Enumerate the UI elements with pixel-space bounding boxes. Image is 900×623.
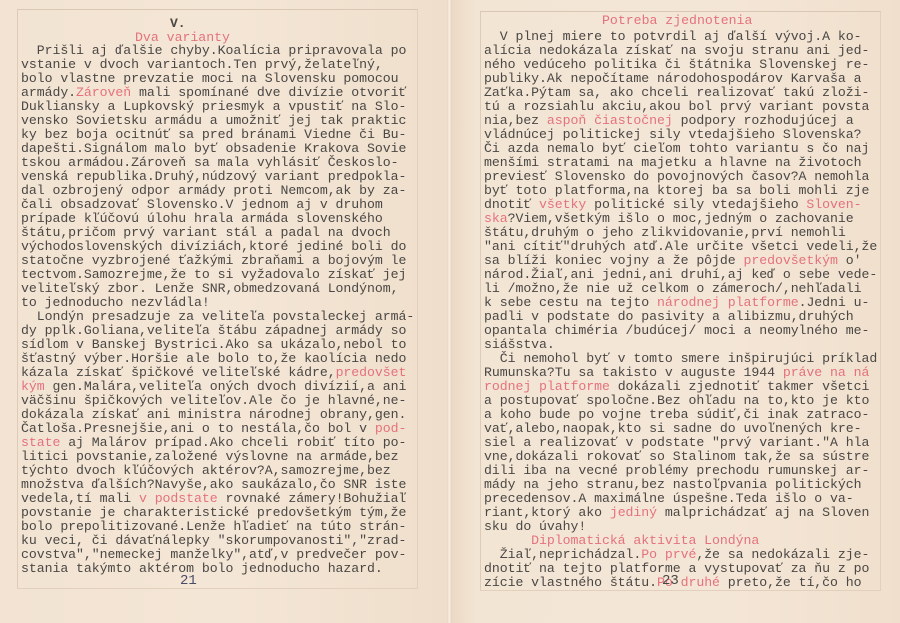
text-segment: veliteľský zbor. Lenže SNR,obmedzovaná L… [21,281,398,296]
text-line: publiky.Ak nepočítame národohospodárov K… [484,72,877,86]
text-segment: väčšinu špičkových veliteľov.Ale čo je h… [21,393,406,408]
highlighted-phrase: state [21,435,60,450]
text-line: bolo vlastne prevzatie moci na Slovensku… [21,72,414,86]
text-line: Či nemohol byť v tomto smere inšpirujúci… [484,352,877,366]
text-segment: previesť Slovensko do povojnových časov?… [484,169,869,184]
text-segment: dy pplk.Goliana,veliteľa štábu západnej … [21,323,406,338]
highlighted-phrase: práve na ná [783,365,870,380]
text-segment: východoslovenských divíziách,ktoré jedin… [21,239,406,254]
right-page-body: V plnej miere to potvrdil aj ďalší vývoj… [484,30,877,590]
left-page-number: 21 [180,573,197,589]
text-line: vedela,tí mali v podstate rovnaké zámery… [21,492,414,506]
text-segment: sa blíži koniec vojny a že pôjde [484,253,744,268]
text-segment: ?Viem,všetkým išlo o moc,jedným o zachov… [508,211,854,226]
text-segment: covstva","nemeckej manželky",atď,v predv… [21,547,406,562]
text-segment: šťastný výber.Horšie ale bolo to,že kaol… [21,351,406,366]
text-segment: dnotiť [484,197,539,212]
text-segment: dapešti.Signálom malo byť obsadenie Krak… [21,141,406,156]
text-segment: siášstva. [484,337,555,352]
text-segment: bolo vlastne prevzatie moci na Slovensku… [21,71,398,86]
highlighted-phrase: rodnej platforme [484,379,610,394]
text-segment: rovnaké zámery!Bohužiaľ [218,491,407,506]
text-line: nia,bez aspoň čiastočnej podpory rozhodu… [484,114,877,128]
text-segment: ného vedúceho politika či štátnika Slove… [484,57,869,72]
text-segment: tú a rozsiahlu akciu,akou bol prvý varia… [484,99,869,114]
text-segment: litici povstanie,založené výslovne na ar… [21,449,398,464]
text-line: sku do úvahy! [484,520,877,534]
text-segment: Dukliansky a Lupkovský priesmyk a vpusti… [21,99,406,114]
text-line: ky bez boja ocitnúť sa pred bránami Vied… [21,128,414,142]
text-line: sa blíži koniec vojny a že pôjde predovš… [484,254,877,268]
text-segment: povstanie je charakteristické predovšetk… [21,505,406,520]
text-line: dnotiť všetky politické sily vtedajšieho… [484,198,877,212]
text-line: to jednoducho nezvládla! [21,296,414,310]
text-segment: a postupovať spoločne.Bez ohľadu na to,k… [484,393,869,408]
highlighted-phrase: Zároveň [76,85,131,100]
text-segment: vedela,tí mali [21,491,139,506]
text-line: štátu,druhým o jeho zlikvidovanie,prví n… [484,226,877,240]
text-line: ku veci, či dávaťnálepky "skorumpovanost… [21,534,414,548]
text-segment: riant,ktorý ako [484,505,610,520]
text-line: východoslovenských divíziách,ktoré jedin… [21,240,414,254]
text-segment: štátu,pričom prvý variant stál a padal n… [21,225,391,240]
text-segment: venská republika.Druhý,núdzový variant p… [21,169,406,184]
text-line: vne,dokázali rokovať so Stalinom tak,že … [484,450,877,464]
text-segment: dili iba na vecné problémy prechodu rumu… [484,463,869,478]
text-segment: Čatloša.Presnejšie,ani o to nestála,čo b… [21,421,375,436]
text-segment: mali spomínané dve divízie otvoriť [131,85,406,100]
highlighted-phrase: jediný [610,505,657,520]
text-segment: sídlom v Banskej Bystrici.Ako sa ukázalo… [21,337,406,352]
text-line: dapešti.Signálom malo byť obsadenie Krak… [21,142,414,156]
text-segment: tskou armádou.Zároveň sa mala vyhlásiť Č… [21,155,398,170]
text-segment: vstanie v dvoch variantoch.Ten prvý,žela… [21,57,383,72]
text-line: vládnúcej politickej sily vtedajšieho Sl… [484,128,877,142]
text-segment: Rumunska?Tu sa takisto v auguste 1944 [484,365,783,380]
text-segment: precedensov.A maximálne úspešne.Teda išl… [484,491,854,506]
text-segment: o' [838,253,862,268]
text-line: ného vedúceho politika či štátnika Slove… [484,58,877,72]
text-segment: menšími stratami na majetku a hlavne na … [484,155,861,170]
text-line: Či azda nemalo byť cieľom tohto variantu… [484,142,877,156]
highlighted-phrase: predovšetkým [744,253,838,268]
text-segment: mády na jeho stranu,bez nastoľpvania pol… [484,477,861,492]
text-segment: Žiaľ,neprichádzal. [484,547,641,562]
text-segment: kázala získať špičkové veliteľské kádre, [21,365,336,380]
text-segment: ky bez boja ocitnúť sa pred bránami Vied… [21,127,406,142]
text-line: venská republika.Druhý,núdzový variant p… [21,170,414,184]
text-line: tskou armádou.Zároveň sa mala vyhlásiť Č… [21,156,414,170]
text-line: dokázala získať ani ministra národnej ob… [21,408,414,422]
text-segment: li /možno,že nie už celkom o zámeroch/,n… [484,281,861,296]
text-segment: a koho bude po vojne treba súdiť,či inak… [484,407,869,422]
text-segment: Či azda nemalo byť cieľom tohto variantu… [484,141,869,156]
text-segment: to jednoducho nezvládla! [21,295,210,310]
left-page-body: Prišli aj ďalšie chyby.Koalícia pripravo… [21,44,414,576]
text-line: litici povstanie,založené výslovne na ar… [21,450,414,464]
text-line: li /možno,že nie už celkom o zámeroch/,n… [484,282,877,296]
text-segment: Zaťka.Pýtam sa, ako chceli realizovať ta… [484,85,869,100]
text-line: Prišli aj ďalšie chyby.Koalícia pripravo… [21,44,414,58]
text-line: armády.Zároveň mali spomínané dve divízi… [21,86,414,100]
text-line: Čatloša.Presnejšie,ani o to nestála,čo b… [21,422,414,436]
text-segment: bolo prepolitizované.Lenže hľadieť na tú… [21,519,406,534]
text-line: precedensov.A maximálne úspešne.Teda išl… [484,492,877,506]
text-line: a koho bude po vojne treba súdiť,či inak… [484,408,877,422]
text-segment: vládnúcej politickej sily vtedajšieho Sl… [484,127,861,142]
text-line: väčšinu špičkových veliteľov.Ale čo je h… [21,394,414,408]
text-line: zície vlastného štátu.Po druhé preto,že … [484,576,877,590]
book-gutter [447,0,452,623]
highlighted-phrase: pod- [375,421,406,436]
text-line: dal ozbrojený odpor armády proti Nemcom,… [21,184,414,198]
text-line: týchto dvoch kľúčových aktérov?A,samozre… [21,464,414,478]
text-segment: množstva ďalších?Navyše,ako saukázalo,čo… [21,477,406,492]
text-segment: týchto dvoch kľúčových aktérov?A,samozre… [21,463,391,478]
highlighted-phrase: predovšet [336,365,407,380]
text-line: a postupovať spoločne.Bez ohľadu na to,k… [484,394,877,408]
text-segment: dokázala získať ani ministra národnej ob… [21,407,406,422]
text-line: mády na jeho stranu,bez nastoľpvania pol… [484,478,877,492]
text-line: Rumunska?Tu sa takisto v auguste 1944 pr… [484,366,877,380]
text-line: previesť Slovensko do povojnových časov?… [484,170,877,184]
highlighted-phrase: Sloven- [806,197,861,212]
highlighted-phrase: v podstate [139,491,218,506]
text-line: dy pplk.Goliana,veliteľa štábu západnej … [21,324,414,338]
book-spread: V. Dva varianty Prišli aj ďalšie chyby.K… [0,0,900,623]
text-line: povstanie je charakteristické predovšetk… [21,506,414,520]
text-segment: siel a realizovať v podstate "prvý varia… [484,435,869,450]
text-segment: k sebe cestu na tejto [484,295,657,310]
highlighted-phrase: kým [21,379,45,394]
chapter-number: V. [170,16,186,31]
text-segment: .Jedni u- [799,295,870,310]
text-line: národ.Žiaľ,ani jedni,ani druhí,aj keď o … [484,268,877,282]
text-line: sídlom v Banskej Bystrici.Ako sa ukázalo… [21,338,414,352]
text-segment: byť toto platforma,na ktorej ba sa boli … [484,183,869,198]
text-segment: sku do úvahy! [484,519,586,534]
text-line: šťastný výber.Horšie ale bolo to,že kaol… [21,352,414,366]
text-segment: opantala chiméria /budúcej/ moci a neomy… [484,323,869,338]
text-segment: ,že sa nedokázali zje- [696,547,869,562]
text-line: opantala chiméria /budúcej/ moci a neomy… [484,324,877,338]
text-segment: dokázali zjednotiť takmer všetci [610,379,870,394]
text-line: štátu,pričom prvý variant stál a padal n… [21,226,414,240]
text-line: tú a rozsiahlu akciu,akou bol prvý varia… [484,100,877,114]
text-line: byť toto platforma,na ktorej ba sa boli … [484,184,877,198]
text-line: Zaťka.Pýtam sa, ako chceli realizovať ta… [484,86,877,100]
text-segment: prípade kľúčovú úlohu hrala armáda slove… [21,211,383,226]
text-line: menšími stratami na majetku a hlavne na … [484,156,877,170]
highlighted-phrase: ska [484,211,508,226]
text-line: vensko Sovietsku armádu a umožniť jej ta… [21,114,414,128]
text-line: množstva ďalších?Navyše,ako saukázalo,čo… [21,478,414,492]
text-line: kázala získať špičkové veliteľské kádre,… [21,366,414,380]
text-segment: vať,alebo,naopak,kto si sadne do uvoľnen… [484,421,861,436]
text-line: padli v podstate do pasivity a alibizmu,… [484,310,877,324]
highlighted-phrase: Po prvé [641,547,696,562]
text-segment: národ.Žiaľ,ani jedni,ani druhí,aj keď o … [484,267,877,282]
text-segment: zície vlastného štátu. [484,575,657,590]
text-segment: Či nemohol byť v tomto smere inšpirujúci… [484,351,877,366]
text-segment: vne,dokázali rokovať so Stalinom tak,že … [484,449,869,464]
text-segment: nia,bez [484,113,547,128]
text-segment: politické sily vtedajšieho [586,197,806,212]
text-line: alícia nedokázala získať na svoju stranu… [484,44,877,58]
text-line: tectvom.Samozrejme,že to si vyžadovalo z… [21,268,414,282]
highlighted-phrase: národnej platforme [657,295,799,310]
text-segment: "ani cítiť"druhých atď.Ale určite všetci… [484,239,877,254]
text-segment: statočne vyzbrojené ťažkými zbraňami a b… [21,253,406,268]
text-segment: padli v podstate do pasivity a alibizmu,… [484,309,854,324]
text-line: riant,ktorý ako jediný malprichádzať aj … [484,506,877,520]
highlighted-phrase: všetky [539,197,586,212]
highlighted-phrase: Diplomatická aktivita Londýna [484,533,759,548]
text-line: bolo prepolitizované.Lenže hľadieť na tú… [21,520,414,534]
text-line: veliteľský zbor. Lenže SNR,obmedzovaná L… [21,282,414,296]
text-segment: V plnej miere to potvrdil aj ďalší vývoj… [484,29,861,44]
text-line: stania takýmto aktérom bolo jednoducho h… [21,562,414,576]
text-line: dili iba na vecné problémy prechodu rumu… [484,464,877,478]
text-segment: vensko Sovietsku armádu a umožniť jej ta… [21,113,406,128]
text-segment: alícia nedokázala získať na svoju stranu… [484,43,869,58]
text-line: čali obsadzovať Slovensko.V jednom aj v … [21,198,414,212]
text-segment: Prišli aj ďalšie chyby.Koalícia pripravo… [21,43,406,58]
text-segment: dal ozbrojený odpor armády proti Nemcom,… [21,183,406,198]
text-line: rodnej platforme dokázali zjednotiť takm… [484,380,877,394]
highlighted-phrase: aspoň čiastočnej [547,113,673,128]
text-line: ska?Viem,všetkým išlo o moc,jedným o zac… [484,212,877,226]
text-segment: malprichádzať aj na Sloven [657,505,869,520]
right-page-heading: Potreba zjednotenia [602,13,752,28]
text-line: statočne vyzbrojené ťažkými zbraňami a b… [21,254,414,268]
right-page: Potreba zjednotenia V plnej miere to pot… [450,0,900,623]
text-segment: čali obsadzovať Slovensko.V jednom aj v … [21,197,383,212]
text-line: Žiaľ,neprichádzal.Po prvé,že sa nedokáza… [484,548,877,562]
text-line: state aj Malárov prípad.Ako chceli robiť… [21,436,414,450]
text-line: siášstva. [484,338,877,352]
text-line: Dukliansky a Lupkovský priesmyk a vpusti… [21,100,414,114]
text-segment: podpory rozhodujúcej a [673,113,854,128]
text-segment: gen.Malára,veliteľa oných dvoch divízií,… [45,379,407,394]
text-segment: aj Malárov prípad.Ako chceli robiť títo … [60,435,406,450]
text-line: Londýn presadzuje za veliteľa povstaleck… [21,310,414,324]
text-line: V plnej miere to potvrdil aj ďalší vývoj… [484,30,877,44]
right-page-number: 23 [662,573,679,589]
left-page: V. Dva varianty Prišli aj ďalšie chyby.K… [0,0,450,623]
text-line: Diplomatická aktivita Londýna [484,534,877,548]
text-segment: stania takýmto aktérom bolo jednoducho h… [21,561,383,576]
text-segment: Londýn presadzuje za veliteľa povstaleck… [21,309,414,324]
text-segment: ku veci, či dávaťnálepky "skorumpovanost… [21,533,406,548]
text-segment: tectvom.Samozrejme,že to si vyžadovalo z… [21,267,406,282]
text-line: siel a realizovať v podstate "prvý varia… [484,436,877,450]
text-line: dnotiť na tejto platforme a vystupovať z… [484,562,877,576]
text-segment: armády. [21,85,76,100]
text-line: prípade kľúčovú úlohu hrala armáda slove… [21,212,414,226]
text-segment: publiky.Ak nepočítame národohospodárov K… [484,71,861,86]
text-segment: preto,že tí,čo ho [720,575,862,590]
text-line: kým gen.Malára,veliteľa oných dvoch diví… [21,380,414,394]
text-line: vstanie v dvoch variantoch.Ten prvý,žela… [21,58,414,72]
text-line: covstva","nemeckej manželky",atď,v predv… [21,548,414,562]
text-line: "ani cítiť"druhých atď.Ale určite všetci… [484,240,877,254]
text-line: k sebe cestu na tejto národnej platforme… [484,296,877,310]
text-line: vať,alebo,naopak,kto si sadne do uvoľnen… [484,422,877,436]
text-segment: štátu,druhým o jeho zlikvidovanie,prví n… [484,225,846,240]
